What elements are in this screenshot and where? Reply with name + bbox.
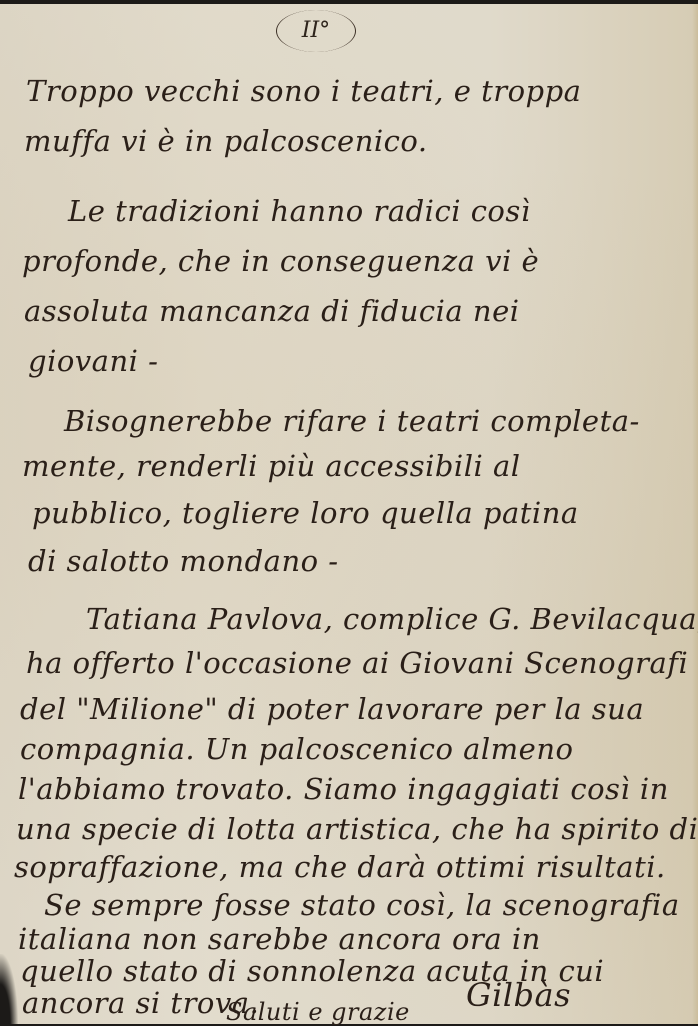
text-line: mente, renderli più accessibili al: [22, 449, 521, 483]
text-line: ha offerto l'occasione ai Giovani Scenog…: [26, 646, 688, 680]
text-line: di salotto mondano -: [28, 544, 339, 578]
closing-salutation: Saluti e grazie: [226, 998, 410, 1024]
text-line: Bisognerebbe rifare i teatri completa-: [64, 404, 640, 438]
text-line: compagnia. Un palcoscenico almeno: [20, 732, 573, 766]
text-line: pubblico, togliere loro quella patina: [32, 496, 579, 530]
page-edge: [692, 4, 698, 1024]
text-line: muffa vi è in palcoscenico.: [24, 124, 428, 158]
text-line: Le tradizioni hanno radici così: [68, 194, 531, 228]
page-corner-shadow: [0, 954, 18, 1024]
signature: Gilbàs: [466, 976, 571, 1014]
text-line: assoluta mancanza di fiducia nei: [24, 294, 520, 328]
text-line: l'abbiamo trovato. Siamo ingaggiati così…: [18, 772, 669, 806]
text-line: ancora si trova.: [22, 986, 259, 1020]
page-number: II°: [276, 10, 356, 52]
text-line: sopraffazione, ma che darà ottimi risult…: [14, 850, 666, 884]
text-line: Se sempre fosse stato così, la scenograf…: [44, 888, 680, 922]
text-line: del "Milione" di poter lavorare per la s…: [20, 692, 644, 726]
text-line: giovani -: [28, 344, 158, 378]
text-line: Tatiana Pavlova, complice G. Bevilacqua,: [86, 602, 698, 636]
manuscript-page: II° Troppo vecchi sono i teatri, e tropp…: [0, 4, 698, 1024]
text-line: Troppo vecchi sono i teatri, e troppa: [26, 74, 581, 108]
text-line: profonde, che in conseguenza vi è: [22, 244, 539, 278]
text-line: una specie di lotta artistica, che ha sp…: [16, 812, 698, 846]
text-line: italiana non sarebbe ancora ora in: [18, 922, 541, 956]
